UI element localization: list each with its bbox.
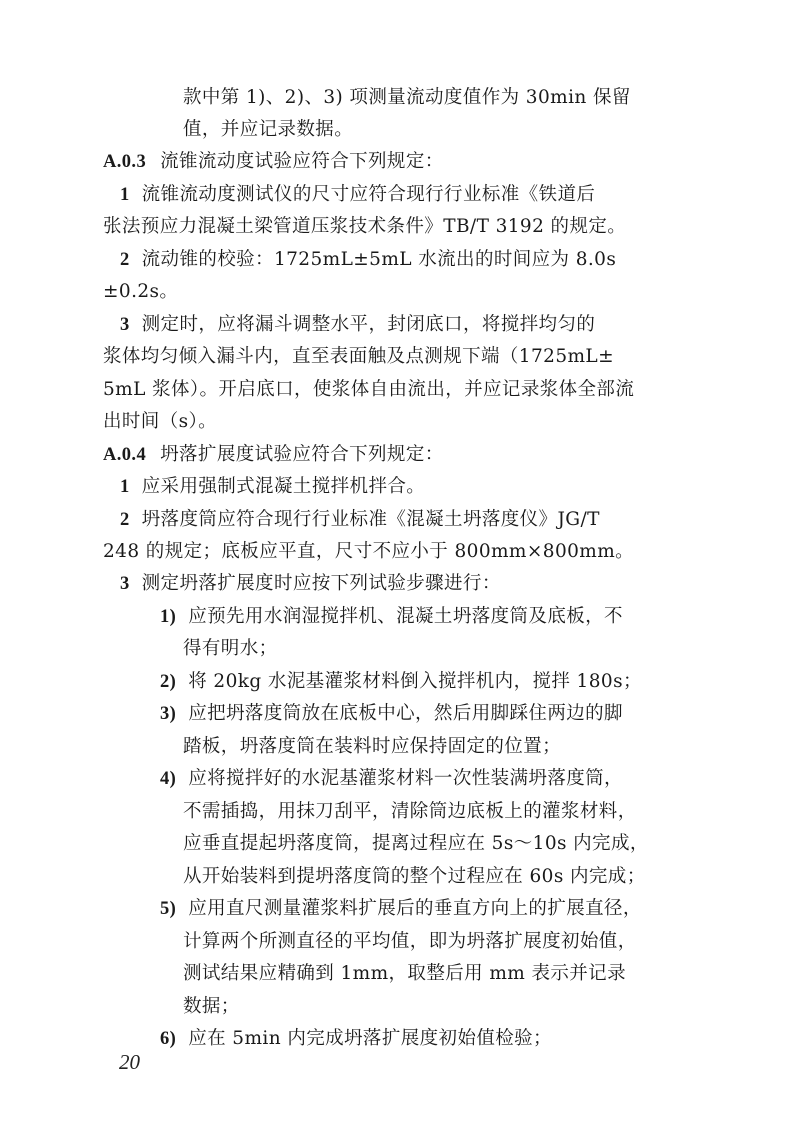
line-text: 应垂直提起坍落度筒，提离过程应在 5s～10s 内完成， — [183, 833, 649, 854]
line-text: 测定时，应将漏斗调整水平，封闭底口，将搅拌均匀的 — [142, 314, 596, 335]
text-line: ±0.2s。 — [103, 280, 178, 304]
text-line: 款中第 1)、2)、3) 项测量流动度值作为 30min 保留 — [183, 86, 631, 110]
clause-line: 1流锥流动度测试仪的尺寸应符合现行行业标准《铁道后 — [120, 183, 595, 207]
text-line: 测试结果应精确到 1mm，取整后用 mm 表示并记录 — [183, 962, 626, 986]
item-number: 2) — [160, 672, 176, 692]
line-text: 测试结果应精确到 1mm，取整后用 mm 表示并记录 — [183, 963, 626, 984]
line-text: 流动锥的校验：1725mL±5mL 水流出的时间应为 8.0s — [142, 249, 617, 270]
item-number: 3 — [120, 574, 130, 594]
line-text: 将 20kg 水泥基灌浆材料倒入搅拌机内，搅拌 180s； — [188, 671, 642, 692]
text-line: 不需插捣，用抹刀刮平，清除筒边底板上的灌浆材料， — [183, 800, 637, 824]
text-line: 计算两个所测直径的平均值，即为坍落扩展度初始值， — [183, 930, 637, 954]
line-text: 浆体均匀倾入漏斗内，直至表面触及点测规下端（1725mL± — [103, 346, 614, 367]
line-text: 流锥流动度试验应符合下列规定： — [160, 151, 444, 172]
item-number: 1) — [160, 607, 176, 627]
clause-line: 3测定坍落扩展度时应按下列试验步骤进行： — [120, 572, 501, 596]
line-text: 测定坍落扩展度时应按下列试验步骤进行： — [142, 573, 501, 594]
text-line: 出时间（s）。 — [103, 410, 217, 434]
line-text: 数据； — [183, 996, 240, 1017]
item-number: 6) — [160, 1029, 176, 1049]
item-number: 2 — [120, 510, 130, 530]
item-number: 2 — [120, 250, 130, 270]
line-text: 应将搅拌好的水泥基灌浆材料一次性装满坍落度筒， — [188, 768, 623, 789]
text-line: 得有明水； — [183, 637, 278, 661]
line-text: 得有明水； — [183, 638, 278, 659]
line-text: 张法预应力混凝土梁管道压浆技术条件》TB/T 3192 的规定。 — [103, 216, 626, 237]
clause-line: 5)应用直尺测量灌浆料扩展后的垂直方向上的扩展直径， — [160, 897, 642, 921]
line-text: 坍落度筒应符合现行行业标准《混凝土坍落度仪》JG/T — [142, 509, 600, 530]
line-text: 坍落扩展度试验应符合下列规定： — [160, 444, 444, 465]
line-text: 从开始装料到提坍落度筒的整个过程应在 60s 内完成； — [183, 866, 646, 887]
text-line: 张法预应力混凝土梁管道压浆技术条件》TB/T 3192 的规定。 — [103, 215, 626, 239]
item-number: 3 — [120, 315, 130, 335]
text-line: 数据； — [183, 995, 240, 1019]
line-text: 应把坍落度筒放在底板中心，然后用脚踩住两边的脚 — [188, 703, 623, 724]
text-line: 浆体均匀倾入漏斗内，直至表面触及点测规下端（1725mL± — [103, 345, 614, 369]
line-text: 不需插捣，用抹刀刮平，清除筒边底板上的灌浆材料， — [183, 801, 637, 822]
clause-line: 1)应预先用水润湿搅拌机、混凝土坍落度筒及底板，不 — [160, 605, 623, 629]
line-text: 出时间（s）。 — [103, 411, 217, 432]
line-text: 流锥流动度测试仪的尺寸应符合现行行业标准《铁道后 — [142, 184, 596, 205]
text-line: 应垂直提起坍落度筒，提离过程应在 5s～10s 内完成， — [183, 832, 649, 856]
text-line: 5mL 浆体）。开启底口，使浆体自由流出，并应记录浆体全部流 — [103, 378, 634, 402]
line-text: 应在 5min 内完成坍落扩展度初始值检验； — [188, 1028, 552, 1049]
text-line: 248 的规定；底板应平直，尺寸不应小于 800mm×800mm。 — [103, 540, 634, 564]
item-number: 3) — [160, 704, 176, 724]
clause-line: 2坍落度筒应符合现行行业标准《混凝土坍落度仪》JG/T — [120, 508, 600, 532]
clause-line: 6)应在 5min 内完成坍落扩展度初始值检验； — [160, 1027, 552, 1051]
line-text: 踏板，坍落度筒在装料时应保持固定的位置； — [183, 736, 561, 757]
clause-line: A.0.3流锥流动度试验应符合下列规定： — [103, 150, 444, 174]
line-text: 应预先用水润湿搅拌机、混凝土坍落度筒及底板，不 — [188, 606, 623, 627]
clause-line: 2流动锥的校验：1725mL±5mL 水流出的时间应为 8.0s — [120, 248, 616, 272]
line-text: 值，并应记录数据。 — [183, 119, 353, 140]
line-text: 应采用强制式混凝土搅拌机拌合。 — [142, 476, 426, 497]
text-line: 值，并应记录数据。 — [183, 118, 353, 142]
clause-line: 1应采用强制式混凝土搅拌机拌合。 — [120, 475, 425, 499]
item-number: 5) — [160, 899, 176, 919]
line-text: 款中第 1)、2)、3) 项测量流动度值作为 30min 保留 — [183, 87, 631, 108]
item-number: 1 — [120, 477, 130, 497]
line-text: ±0.2s。 — [103, 281, 178, 302]
section-number: A.0.4 — [103, 445, 146, 465]
text-line: 踏板，坍落度筒在装料时应保持固定的位置； — [183, 735, 561, 759]
line-text: 应用直尺测量灌浆料扩展后的垂直方向上的扩展直径， — [188, 898, 642, 919]
item-number: 4) — [160, 769, 176, 789]
page-number: 20 — [119, 1050, 140, 1075]
line-text: 5mL 浆体）。开启底口，使浆体自由流出，并应记录浆体全部流 — [103, 379, 634, 400]
item-number: 1 — [120, 185, 130, 205]
clause-line: 2)将 20kg 水泥基灌浆材料倒入搅拌机内，搅拌 180s； — [160, 670, 642, 694]
text-line: 从开始装料到提坍落度筒的整个过程应在 60s 内完成； — [183, 865, 646, 889]
clause-line: 3测定时，应将漏斗调整水平，封闭底口，将搅拌均匀的 — [120, 313, 595, 337]
clause-line: 3)应把坍落度筒放在底板中心，然后用脚踩住两边的脚 — [160, 702, 623, 726]
line-text: 计算两个所测直径的平均值，即为坍落扩展度初始值， — [183, 931, 637, 952]
line-text: 248 的规定；底板应平直，尺寸不应小于 800mm×800mm。 — [103, 541, 634, 562]
clause-line: 4)应将搅拌好的水泥基灌浆材料一次性装满坍落度筒， — [160, 767, 623, 791]
clause-line: A.0.4坍落扩展度试验应符合下列规定： — [103, 443, 444, 467]
section-number: A.0.3 — [103, 152, 146, 172]
